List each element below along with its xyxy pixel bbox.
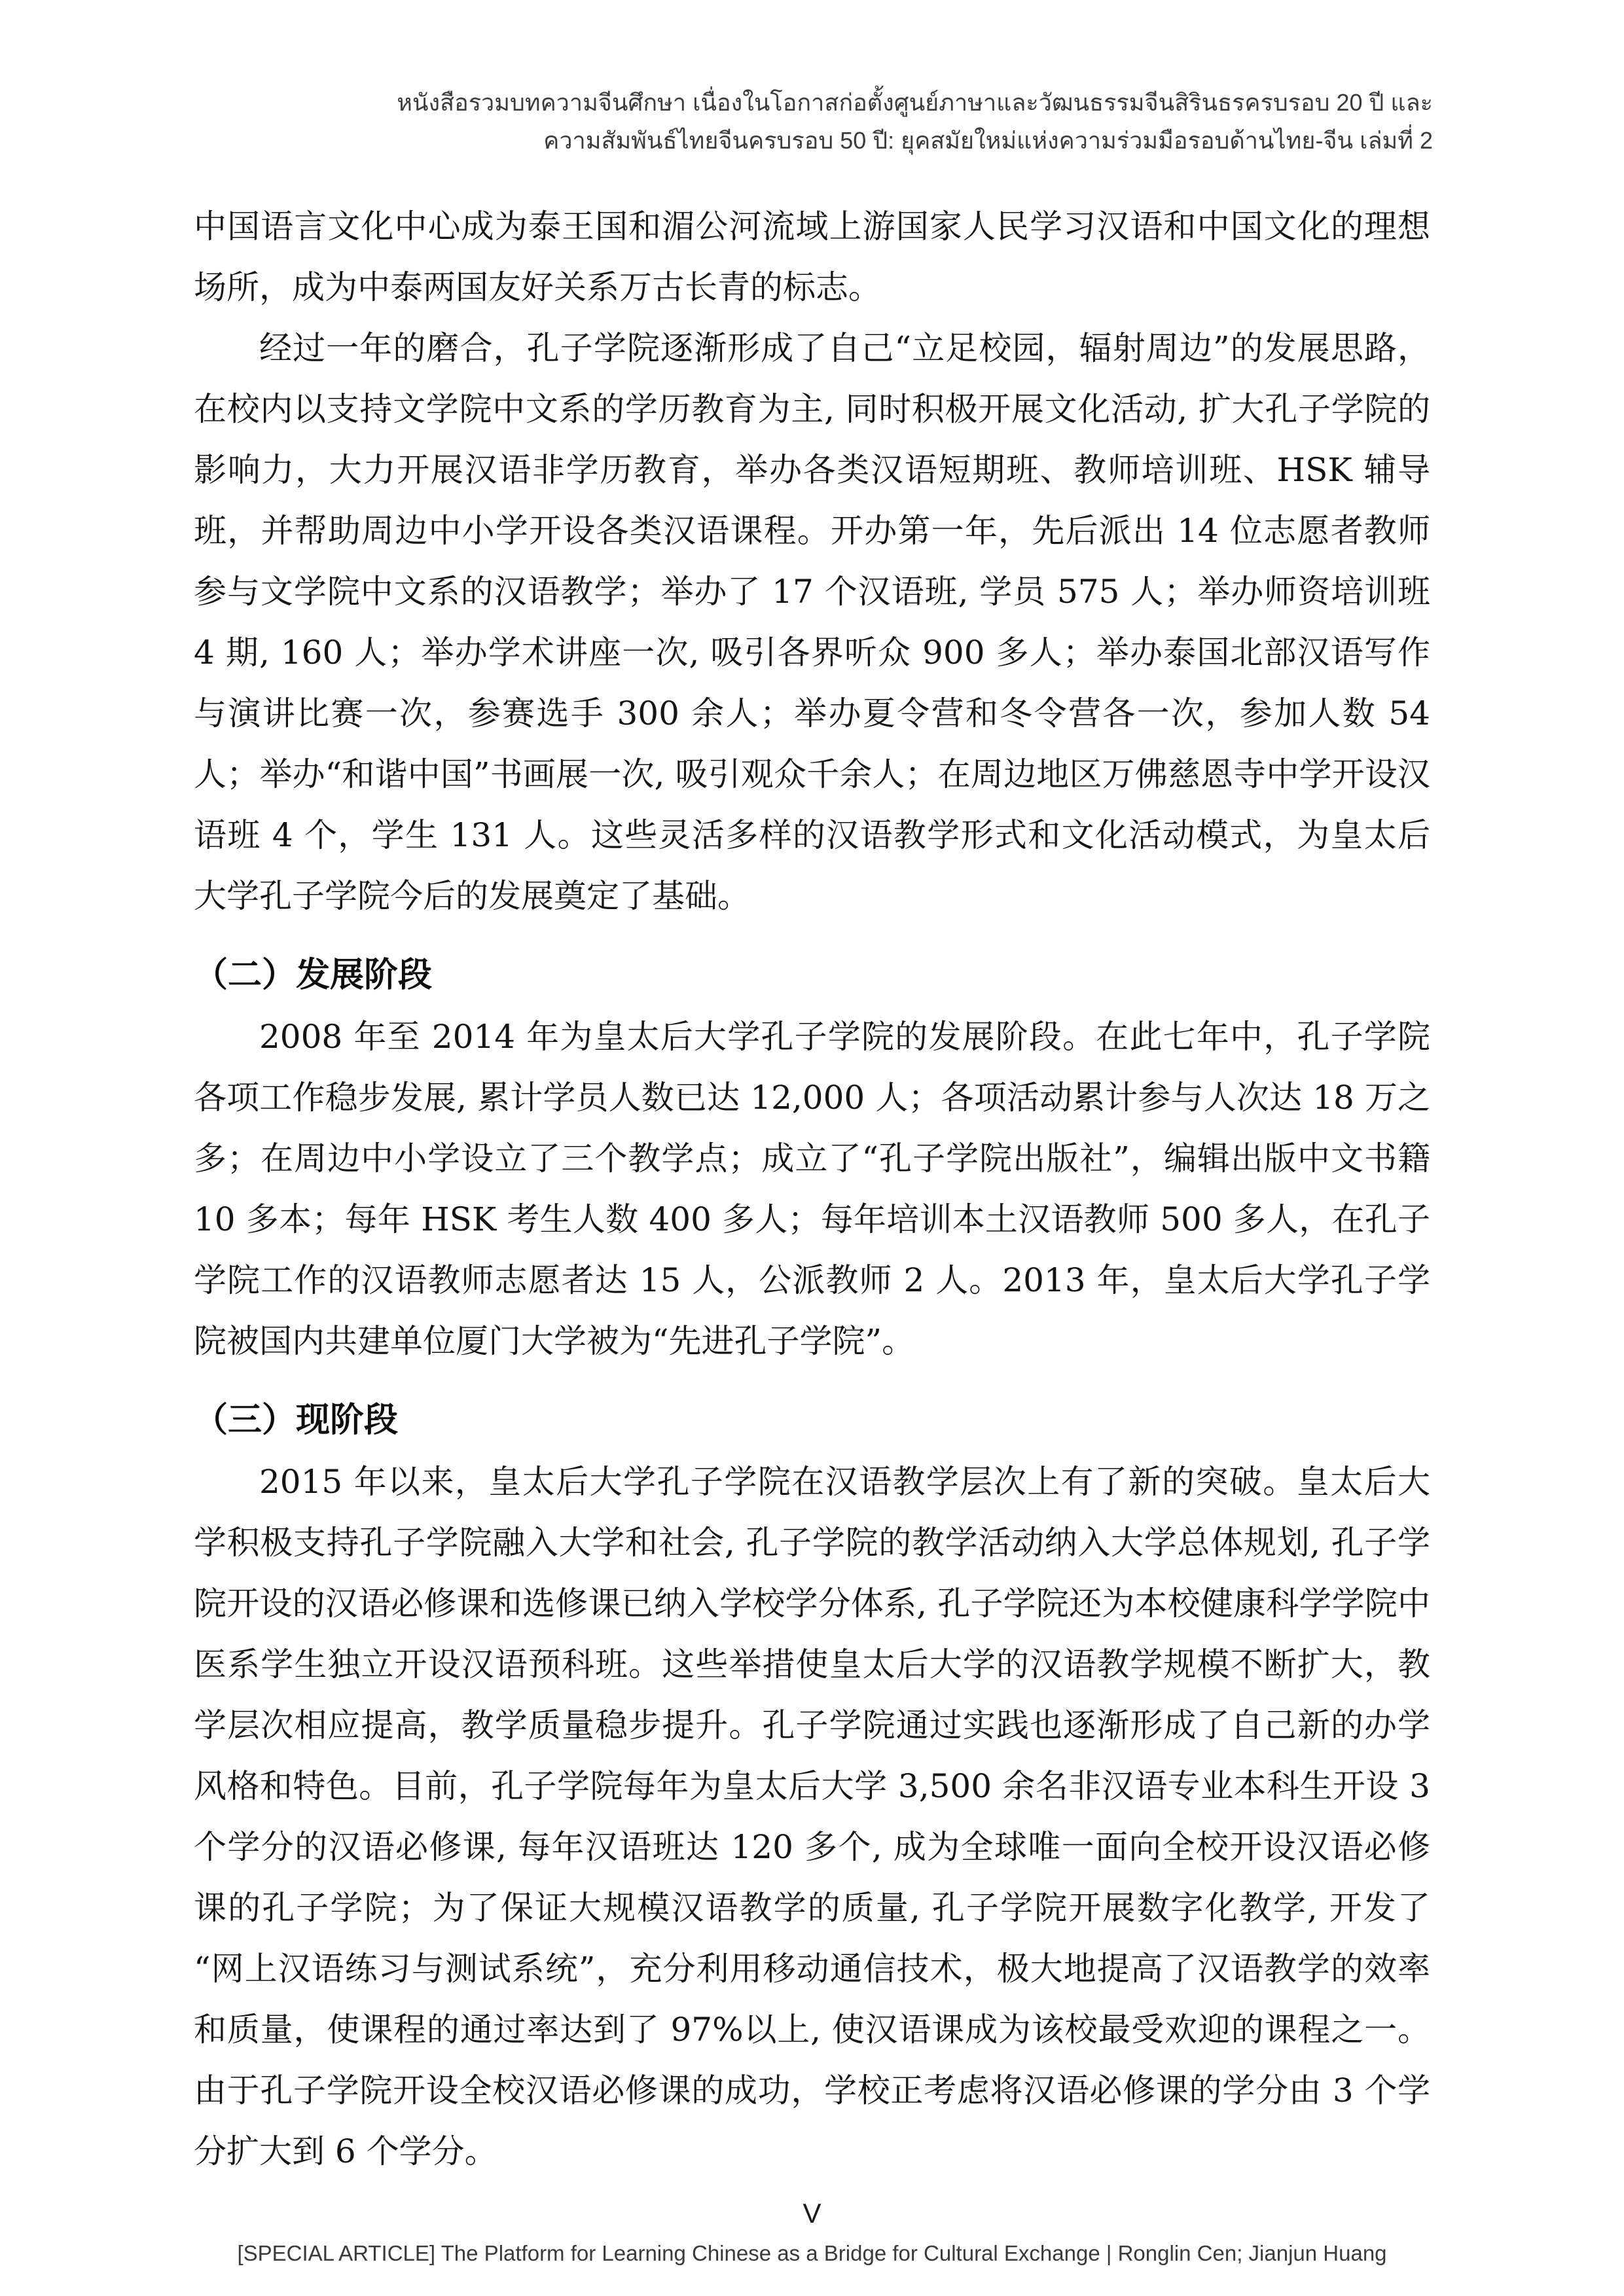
section-heading: （二）发展阶段: [194, 944, 1430, 1007]
running-header: หนังสือรวมบทความจีนศึกษา เนื่องในโอกาสก่…: [194, 84, 1433, 160]
body-paragraph: 2008 年至 2014 年为皇太后大学孔子学院的发展阶段。在此七年中，孔子学院…: [194, 1007, 1430, 1372]
document-page: หนังสือรวมบทความจีนศึกษา เนื่องในโอกาสก่…: [0, 0, 1624, 2296]
page-footer: V [SPECIAL ARTICLE] The Platform for Lea…: [0, 2197, 1624, 2267]
footer-article-line: [SPECIAL ARTICLE] The Platform for Learn…: [0, 2240, 1624, 2267]
body-paragraph: 中国语言文化中心成为泰王国和湄公河流域上游国家人民学习汉语和中国文化的理想场所，…: [194, 196, 1430, 318]
page-number: V: [0, 2197, 1624, 2231]
body-paragraph: 经过一年的磨合，孔子学院逐渐形成了自己“立足校园，辐射周边”的发展思路，在校内以…: [194, 318, 1430, 927]
header-line-1: หนังสือรวมบทความจีนศึกษา เนื่องในโอกาสก่…: [194, 84, 1433, 122]
header-line-2: ความสัมพันธ์ไทยจีนครบรอบ 50 ปี: ยุคสมัยใ…: [194, 122, 1433, 160]
document-body: 中国语言文化中心成为泰王国和湄公河流域上游国家人民学习汉语和中国文化的理想场所，…: [194, 196, 1430, 2182]
section-heading: （三）现阶段: [194, 1389, 1430, 1452]
body-paragraph: 2015 年以来，皇太后大学孔子学院在汉语教学层次上有了新的突破。皇太后大学积极…: [194, 1452, 1430, 2182]
